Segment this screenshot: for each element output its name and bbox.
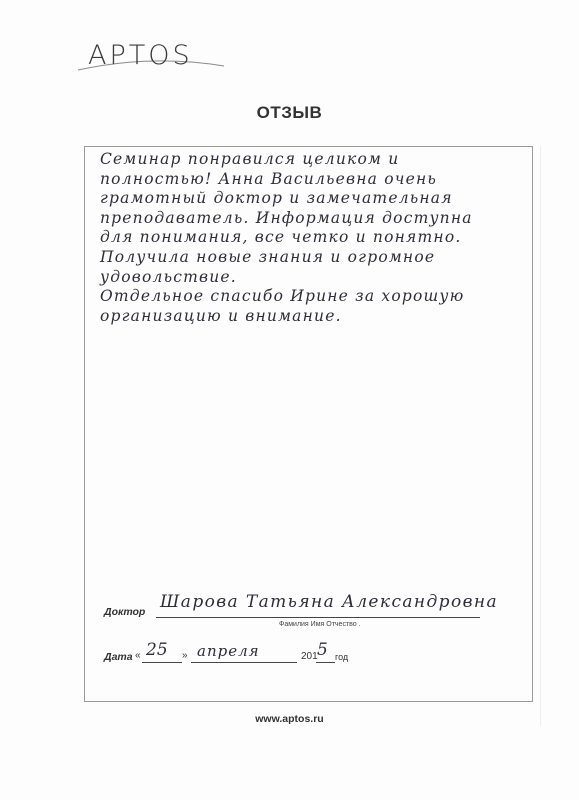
name-caption: Фамилия Имя Отчество . [279,621,361,628]
year-prefix: 201 [301,651,318,662]
year-suffix: год [335,652,348,662]
website-footer: www.aptos.ru [0,713,579,725]
year-field[interactable]: 5 [317,640,328,660]
review-line: Получила новые знания и огромное [100,248,525,268]
day-field[interactable]: 25 [146,640,168,660]
year-underline [316,662,335,663]
doctor-name-underline [156,617,480,618]
margin-rule [540,146,541,726]
quote-close: » [182,650,188,661]
quote-open: « [135,650,141,661]
review-line: полностью! Анна Васильевна очень [100,170,525,190]
doctor-label: Доктор [104,606,145,618]
aptos-logo: APTOS [88,38,218,78]
date-row: Дата « 25 » апреля 201 5 год [104,640,384,670]
review-line: Отдельное спасибо Ирине за хорошую [100,287,525,307]
month-field[interactable]: апреля [197,642,260,660]
day-underline [142,662,182,663]
review-line: преподаватель. Информация доступна [100,209,525,229]
logo-text: APTOS [88,40,193,71]
review-line: для понимания, все четко и понятно. [100,228,525,248]
month-underline [191,662,297,663]
review-line: грамотный доктор и замечательная [100,189,525,209]
page-title: ОТЗЫВ [0,103,579,123]
review-text: Семинар понравился целиком и полностью! … [100,150,525,326]
doctor-name-field[interactable]: Шарова Татьяна Александровна [160,592,498,612]
review-form-page: APTOS ОТЗЫВ Семинар понравился целиком и… [0,0,579,800]
review-line: Семинар понравился целиком и [100,150,525,170]
doctor-signature-row: Доктор Шарова Татьяна Александровна Фами… [104,592,484,632]
date-label: Дата [104,651,133,663]
review-line: удовольствие. [100,268,525,288]
review-line: организацию и внимание. [100,307,525,327]
